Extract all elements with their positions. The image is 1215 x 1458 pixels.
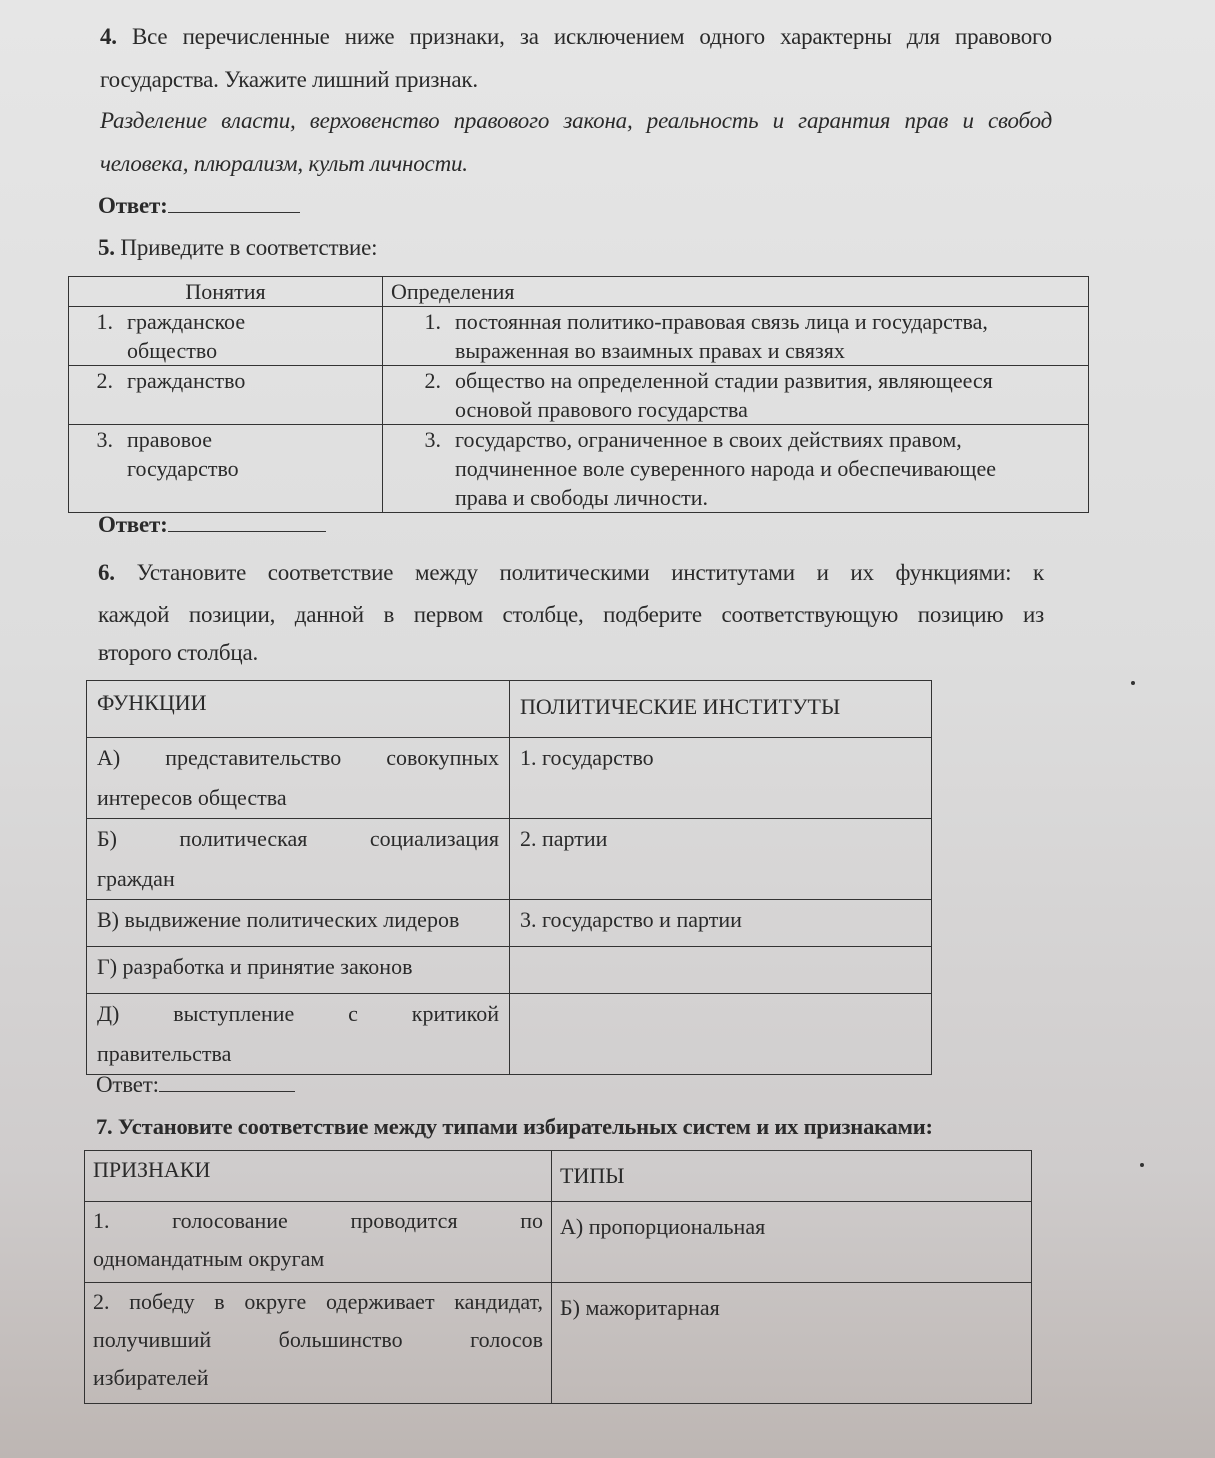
q7-number: 7. — [96, 1114, 112, 1139]
definition-item: 1. постоянная политико-правовая связь ли… — [391, 307, 1080, 365]
q6-text-line-2: каждой позиции, данной в первом столбце,… — [98, 602, 1044, 628]
header-definitions: Определения — [383, 277, 1089, 307]
table-row: Д) выступление с критикой правительства — [87, 994, 932, 1075]
q6-number: 6. — [98, 560, 115, 585]
function-text: Д) выступление с критикой — [97, 994, 499, 1034]
function-text: А) представительство совокупных — [97, 738, 499, 778]
answer-blank[interactable] — [168, 194, 300, 213]
table-header-row: ПРИЗНАКИ ТИПЫ — [85, 1151, 1032, 1202]
institution-text: 1. государство — [510, 738, 932, 819]
definition-item: 3. государство, ограниченное в своих дей… — [391, 425, 1080, 512]
table-row: 2. победу в округе одерживает кандидат, … — [85, 1283, 1032, 1404]
header-institutions: ПОЛИТИЧЕСКИЕ ИНСТИТУТЫ — [510, 681, 932, 738]
table-row: 2. гражданство 2. общество на определенн… — [69, 366, 1089, 425]
function-text: Г) разработка и принятие законов — [97, 947, 499, 987]
institution-text: 2. партии — [510, 819, 932, 900]
q7-prompt: 7. Установите соответствие между типами … — [96, 1114, 933, 1140]
institution-text — [510, 947, 932, 994]
header-concepts: Понятия — [69, 277, 383, 307]
q5-matching-table: Понятия Определения 1. гражданскоеобщест… — [68, 276, 1089, 513]
q4-text-line-1: 4. Все перечисленные ниже признаки, за и… — [100, 24, 1052, 50]
ink-speck — [1131, 681, 1135, 685]
concept-item: 3. правовоегосударство — [77, 425, 374, 483]
q6-text-line-1: 6. Установите соответствие между политич… — [98, 560, 1044, 586]
table-row: Г) разработка и принятие законов — [87, 947, 932, 994]
function-text: Б) политическая социализация — [97, 819, 499, 859]
institution-text — [510, 994, 932, 1075]
ink-speck — [1140, 1163, 1144, 1167]
q6-answer: Ответ: — [96, 1072, 295, 1098]
table-header-row: ФУНКЦИИ ПОЛИТИЧЕСКИЕ ИНСТИТУТЫ — [87, 681, 932, 738]
answer-blank[interactable] — [159, 1073, 295, 1092]
institution-text: 3. государство и партии — [510, 900, 932, 947]
header-functions: ФУНКЦИИ — [87, 681, 510, 738]
header-types: ТИПЫ — [552, 1151, 1032, 1202]
type-text: А) пропорциональная — [552, 1202, 1032, 1283]
answer-blank[interactable] — [168, 513, 326, 532]
concept-item: 2. гражданство — [77, 366, 374, 395]
q4-options-line-1: Разделение власти, верховенство правовог… — [100, 108, 1052, 134]
q5-answer: Ответ: — [98, 512, 326, 538]
q6-matching-table: ФУНКЦИИ ПОЛИТИЧЕСКИЕ ИНСТИТУТЫ А) предст… — [86, 680, 932, 1075]
q7-matching-table: ПРИЗНАКИ ТИПЫ 1. голосование проводится … — [84, 1150, 1032, 1404]
table-row: 3. правовоегосударство 3. государство, о… — [69, 425, 1089, 513]
header-features: ПРИЗНАКИ — [85, 1151, 552, 1202]
definition-item: 2. общество на определенной стадии разви… — [391, 366, 1080, 424]
table-row: 1. гражданскоеобщество 1. постоянная пол… — [69, 307, 1089, 366]
table-row: А) представительство совокупных интересо… — [87, 738, 932, 819]
table-row: 1. голосование проводится по одномандатн… — [85, 1202, 1032, 1283]
answer-label: Ответ: — [96, 1072, 159, 1097]
type-text: Б) мажоритарная — [552, 1283, 1032, 1404]
function-text: В) выдвижение политических лидеров — [97, 900, 499, 940]
answer-label: Ответ: — [98, 193, 168, 218]
q4-options-line-2: человека, плюрализм, культ личности. — [100, 151, 468, 177]
q6-text-line-3: второго столбца. — [98, 640, 258, 666]
q4-number: 4. — [100, 24, 117, 49]
table-header-row: Понятия Определения — [69, 277, 1089, 307]
q5-prompt: 5. Приведите в соответствие: — [98, 235, 377, 261]
concept-item: 1. гражданскоеобщество — [77, 307, 374, 365]
q5-number: 5. — [98, 235, 115, 260]
table-row: Б) политическая социализация граждан 2. … — [87, 819, 932, 900]
answer-label: Ответ: — [98, 512, 168, 537]
q4-answer: Ответ: — [98, 193, 300, 219]
table-row: В) выдвижение политических лидеров 3. го… — [87, 900, 932, 947]
feature-text: 1. голосование проводится по — [93, 1202, 543, 1240]
feature-text: 2. победу в округе одерживает кандидат, — [93, 1283, 543, 1321]
worksheet-page: 4. Все перечисленные ниже признаки, за и… — [0, 0, 1215, 1458]
q4-text-line-2: государства. Укажите лишний признак. — [100, 67, 478, 93]
